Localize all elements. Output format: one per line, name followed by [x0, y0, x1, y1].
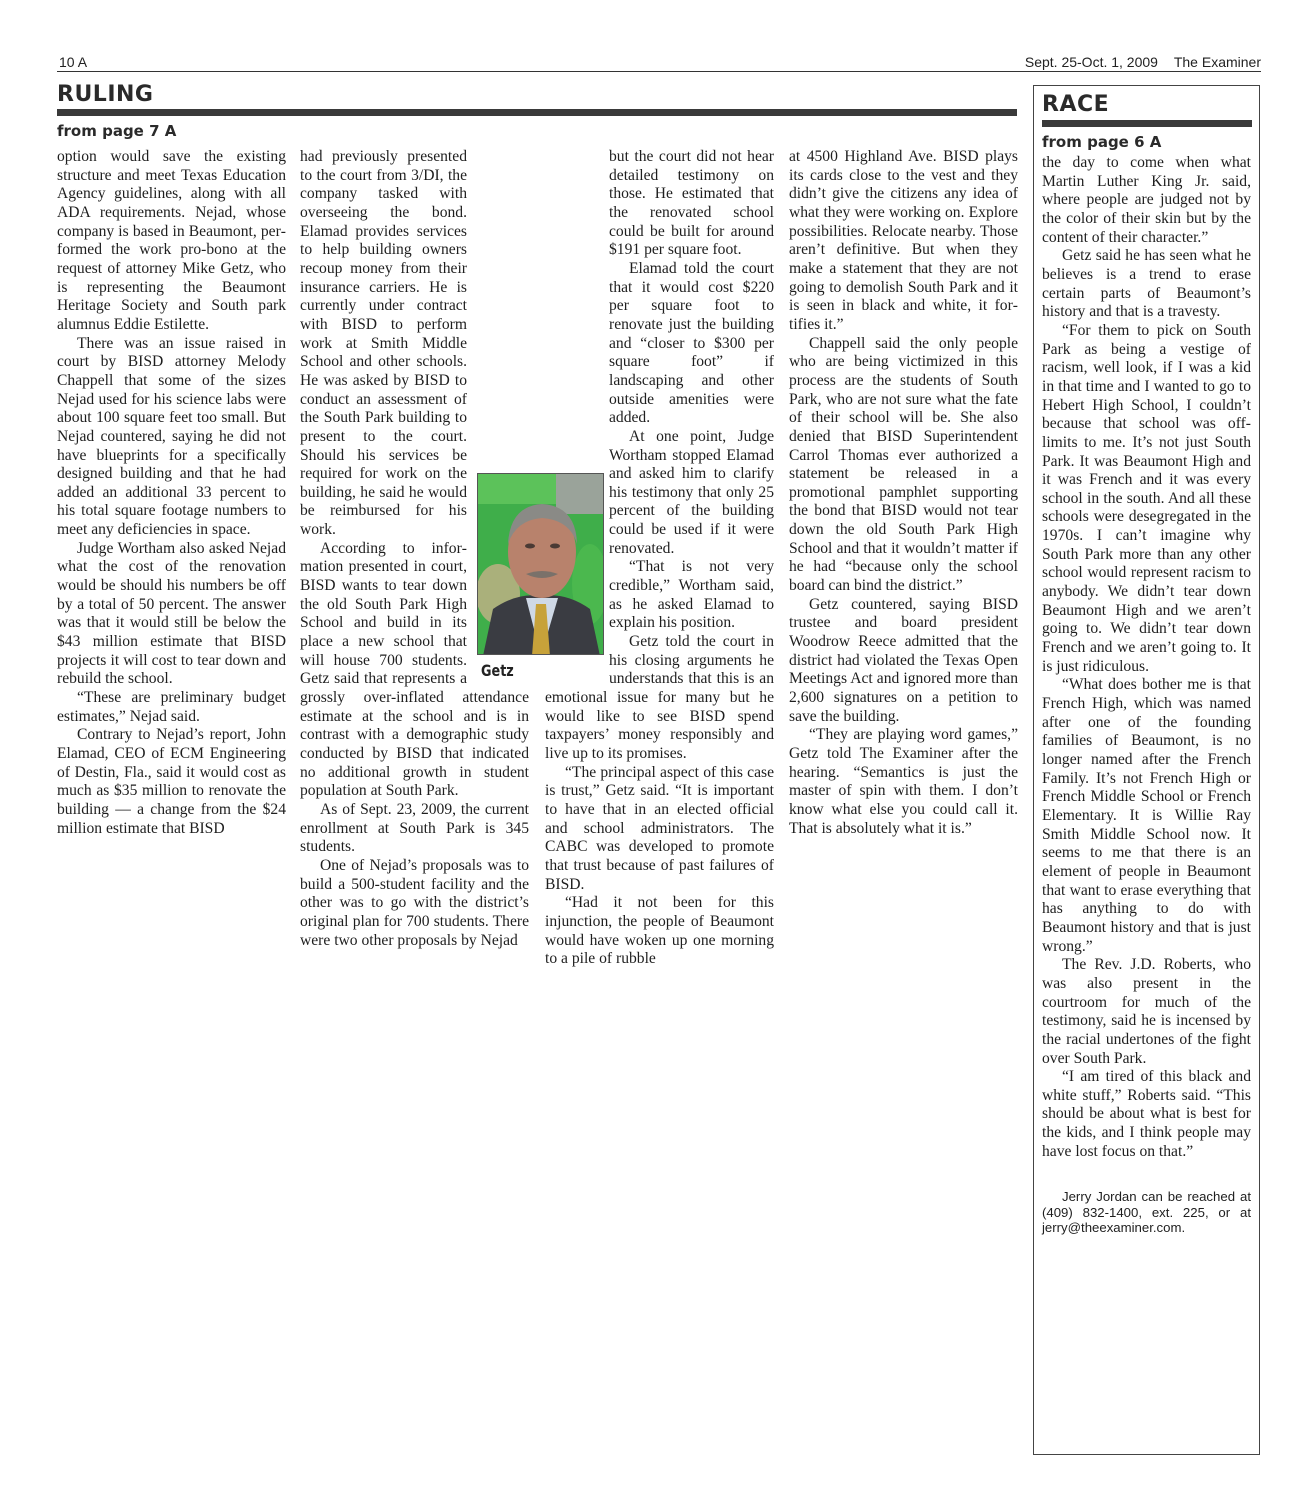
page-folio: 10 A Sept. 25-Oct. 1, 2009 The Examiner	[57, 53, 1261, 72]
article-paragraph: “The principal aspect of this case is tr…	[545, 764, 774, 895]
article-paragraph: Getz said he has seen what he believes i…	[1042, 247, 1251, 322]
article-paragraph: “They are playing word games,” Getz told…	[789, 726, 1018, 838]
race-rule-bar	[1042, 120, 1252, 127]
article-paragraph: There was an issue raised in court by BI…	[57, 335, 286, 540]
article-paragraph: “What does bother me is that French High…	[1042, 676, 1251, 956]
ruling-jump-line: from page 7 A	[57, 122, 1017, 140]
portrait-illustration-icon	[478, 474, 604, 655]
race-paragraphs: the day to come when what Martin Luther …	[1042, 154, 1251, 1161]
page-number: 10 A	[59, 54, 87, 70]
issue-date: Sept. 25-Oct. 1, 2009	[1025, 54, 1158, 70]
article-paragraph: Contrary to Nejad’s report, John Elamad,…	[57, 726, 286, 838]
folio-right: Sept. 25-Oct. 1, 2009 The Examiner	[1025, 54, 1261, 70]
article-paragraph: but the court did not hear detailed test…	[545, 148, 774, 260]
getz-photo	[477, 473, 604, 655]
ruling-header: RULING from page 7 A	[57, 82, 1017, 140]
article-paragraph: “Had it not been for this injunction, th…	[545, 894, 774, 969]
race-body: the day to come when what Martin Luther …	[1042, 154, 1251, 1236]
article-paragraph: As of Sept. 23, 2009, the current enroll…	[300, 801, 529, 857]
article-paragraph: “For them to pick on South Park as being…	[1042, 322, 1251, 676]
article-paragraph: “These are preliminary budget estimates,…	[57, 689, 286, 726]
article-paragraph: Getz countered, saying BISD trustee and …	[789, 596, 1018, 727]
race-jump-line: from page 6 A	[1042, 133, 1252, 151]
ruling-headline: RULING	[57, 82, 1017, 108]
getz-photo-block: Getz	[477, 473, 604, 683]
photo-caption: Getz	[481, 661, 579, 680]
ruling-column-1: option would save the existing structure…	[57, 148, 286, 838]
article-paragraph: Elamad told the court that it would cost…	[545, 260, 774, 428]
article-paragraph: Chappell said the only people who are be…	[789, 335, 1018, 596]
race-headline: RACE	[1042, 92, 1252, 118]
article-paragraph: option would save the existing structure…	[57, 148, 286, 335]
article-paragraph: the day to come when what Martin Luther …	[1042, 154, 1251, 247]
author-tagline: Jerry Jordan can be reached at (409) 832…	[1042, 1189, 1251, 1236]
ruling-rule-bar	[57, 109, 1017, 116]
article-paragraph: at 4500 Highland Ave. BISD plays its car…	[789, 148, 1018, 335]
race-sidebar: RACE from page 6 A the day to come when …	[1033, 85, 1260, 1455]
article-paragraph: Judge Wortham also asked Nejad what the …	[57, 540, 286, 689]
race-header: RACE from page 6 A	[1042, 92, 1252, 151]
publication-name: The Examiner	[1174, 54, 1261, 70]
ruling-column-4: at 4500 Highland Ave. BISD plays its car…	[789, 148, 1018, 838]
article-paragraph: One of Nejad’s proposals was to build a …	[300, 857, 529, 950]
article-paragraph: “I am tired of this black and white stuf…	[1042, 1068, 1251, 1161]
article-paragraph: The Rev. J.D. Roberts, who was also pres…	[1042, 956, 1251, 1068]
